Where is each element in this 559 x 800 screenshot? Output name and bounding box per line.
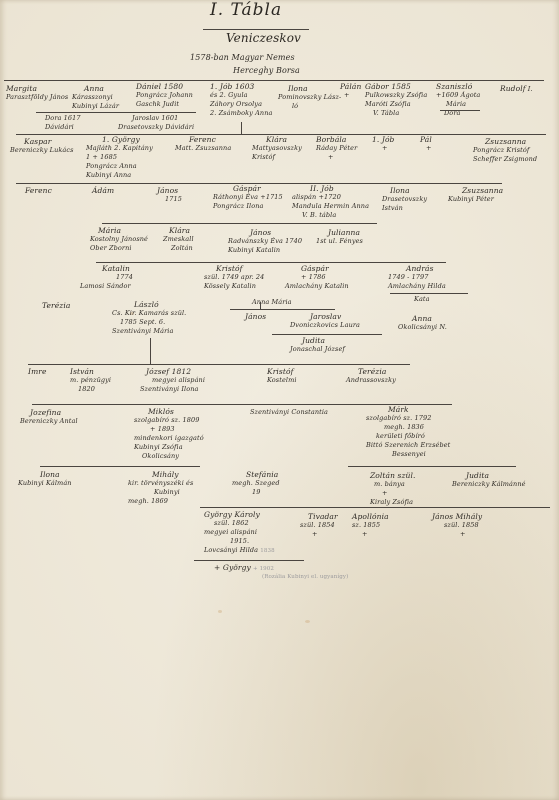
person-gen1-7: Szaniszló+1609 ÁgotaMáriaDora (436, 82, 480, 118)
person-gen10-0: György Károlyszül. 1862megyei alispáni19… (204, 510, 275, 556)
person-gen8-1: Miklósszolgabíró sz. 1809+ 1893mindenkor… (134, 407, 204, 461)
person-gen6-3: János (245, 312, 266, 321)
connector (260, 302, 261, 310)
person-gen3-5: IlonaDrasetovszkyIstván (382, 186, 427, 213)
person-gen7-2: József 1812megyei alispániSzentiványi Il… (140, 367, 205, 394)
person-gen6-0: Terézia (42, 301, 70, 310)
page-title: I. Tábla (210, 6, 282, 15)
person-gen1-8: Rudolf I. (500, 84, 533, 94)
family-name: Veniczeskov (226, 34, 301, 43)
person-gen6-5: AnnaOkolicsányi N. (398, 314, 447, 332)
paper-stain (218, 610, 222, 613)
person-gen8-0: JozefinaBereniczky Antal (20, 408, 78, 426)
connector (241, 122, 242, 134)
person-gen5-2: Gáspár+ 1786Amlachány Katalin (285, 264, 349, 291)
person-gen2-2: FerencMatt. Zsuzsanna (175, 135, 231, 153)
person-gen7-4: TeréziaAndrassovszky (346, 367, 396, 385)
person-gen7-0: Imre (28, 367, 47, 376)
person-gen2-3: KláraMattyasovszkyKristóf (252, 135, 302, 162)
person-gen1-1: AnnaKárasszonyiKubinyi Lázár (72, 84, 119, 111)
person-gen5-3: András1749 - 1797Amlachány Hilda (388, 264, 446, 291)
gen1-line (4, 80, 544, 81)
person-gen5-1: Kristófszül. 1749 apr. 24Kössely Katalin (204, 264, 264, 291)
person-gen4-0: MáriaKostolny JánosnéOber Zborni (90, 226, 148, 253)
person-gen10-3: János Mihályszül. 1858+ (432, 512, 482, 539)
person-gen3-1: Ádám (92, 186, 114, 195)
person-gen9-2: Stefániamegh. Szeged19 (232, 470, 280, 497)
person-gen1b-0: Dora 1617Dávidári (45, 114, 81, 132)
paper-stain (305, 620, 310, 623)
person-gen8-3: Márkszolgabíró sz. 1792megh. 1836kerület… (366, 405, 450, 459)
gen11-line (194, 560, 304, 561)
header-line-3: Herceghy Borsa (233, 66, 300, 75)
person-gen2-4: BorbálaRáday Péter+ (316, 135, 357, 162)
connector (150, 338, 151, 364)
person-gen9-4: JuditaBereniczky Kálmánné (452, 471, 526, 489)
person-gen1b-1: Jaroslav 1601Drasetovszky Dávidári (118, 114, 194, 132)
andras-child: Kata (414, 295, 430, 304)
gen6b-line (272, 334, 382, 335)
person-gen9-1: Mihálykir. törvényszéki ésKubinyimegh. 1… (128, 470, 193, 506)
person-gen1-2: Dániel 1580Pongrácz JohannGaschk Judit (136, 82, 193, 109)
person-gen1-4: IlonaPominovszky Lász-ló (278, 84, 341, 111)
person-gen4-3: Julianna1st ul. Fényes (316, 228, 363, 246)
title-underline (203, 29, 309, 30)
gen10-line (200, 507, 550, 508)
person-gen3-3: GáspárRáthonyi Éva +1715Pongrácz Ilona (213, 184, 283, 211)
person-gen3-0: Ferenc (25, 186, 52, 195)
person-gen3-6: ZsuzsannaKubinyi Péter (448, 186, 503, 204)
person-gen4-1: KláraZmeskallZoltán (163, 226, 194, 253)
gen7-line (28, 364, 410, 365)
person-gen4-2: JánosRadvánszky Éva 1740Kubinyi Katalin (228, 228, 302, 255)
header-line-2: 1578-ban Magyar Nemes (190, 53, 295, 62)
person-gen6-4: JaroslavDvoniczkovics Laura (290, 312, 360, 330)
person-gen5-0: Katalin1774Lamosi Sándor (80, 264, 133, 291)
person-gen2-5: 1. Jób+ (372, 135, 394, 153)
genealogy-page: I. Tábla Veniczeskov 1578-ban Magyar Nem… (0, 0, 559, 800)
person-gen9-3: Zoltán szül.m. bánya+Kiraly Zsófia (370, 471, 415, 507)
person-gen6-6: JuditaJonaschal József (290, 336, 345, 354)
szaniszlo-line (440, 110, 480, 111)
person-gen1-6: Gábor 1585Pulkowszky ZsófiaMaróti Zsófia… (365, 82, 427, 118)
gen9-line-right (348, 466, 516, 467)
person-gen8-2: Szentiványi Constantia (250, 408, 328, 417)
gen4-line (102, 223, 377, 224)
person-gen9-0: IlonaKubinyi Kálmán (18, 470, 72, 488)
person-gen3-4: II. Jóbalispán +1720Mandula Hermin AnnaV… (292, 184, 369, 220)
person-gen2-1: 1. GyörgyMajláth 2. Kapitány1 + 1685Pong… (86, 135, 153, 180)
gen1b-line (36, 112, 196, 113)
person-gen10-2: Apollóniasz. 1855+ (352, 512, 389, 539)
person-gen1-0: MargitaParasztföldy János (6, 84, 68, 102)
person-gen7-1: Istvánm. pénzügyi1820 (70, 367, 111, 394)
person-gen1-3: 1. Jób 1603és 2. GyulaZáhory Orsolya2. Z… (210, 82, 272, 118)
gen9-line (40, 466, 200, 467)
person-gen6-1: LászlóCs. Kir. Kamarás szül.1785 Sept. 6… (112, 300, 186, 336)
person-gen3-2: János1715 (157, 186, 182, 204)
gen5-line (96, 262, 446, 263)
person-gen6-2: Anna Mária (252, 298, 292, 307)
person-gen10-1: Tivadarszül. 1854+ (300, 512, 338, 539)
person-gen2-0: KasparBereniczky Lukács (10, 137, 74, 155)
person-gen7-3: KristófKostelmi (267, 367, 297, 385)
anna-maria-line (230, 309, 335, 310)
person-gen1-5: Pálán+ (340, 82, 361, 100)
person-gen2-6: Pál+ (420, 135, 432, 153)
pencil-note: (Rozália Kubinyi el. ugyanígy) (262, 573, 348, 582)
person-gen2-7: ZsuzsannaPongrácz KristófScheffer Zsigmo… (473, 137, 537, 164)
andras-line (390, 293, 468, 294)
